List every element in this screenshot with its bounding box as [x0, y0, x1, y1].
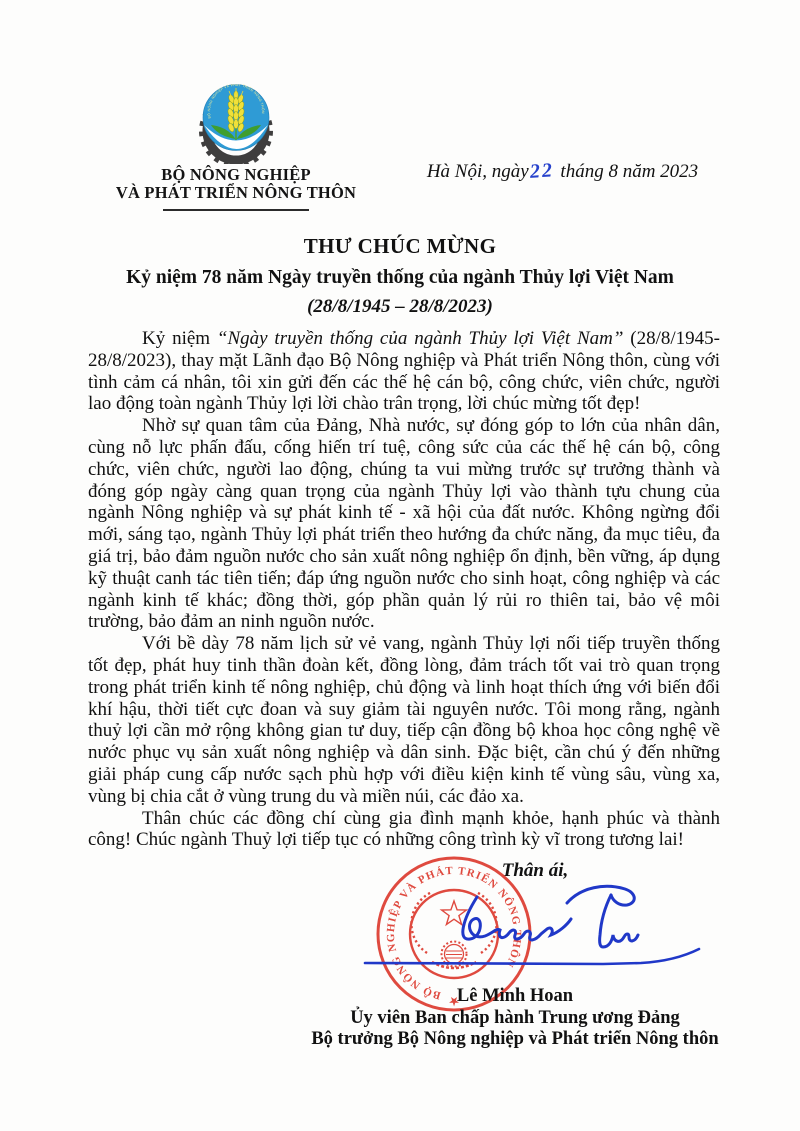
date-prefix: Hà Nội, ngày: [427, 161, 529, 182]
letter-body: Kỷ niệm “Ngày truyền thống của ngành Thủ…: [88, 328, 720, 851]
signer-block: Lê Minh Hoan Ủy viên Ban chấp hành Trung…: [215, 986, 800, 1051]
paragraph-1: Kỷ niệm “Ngày truyền thống của ngành Thủ…: [88, 328, 720, 415]
handwritten-signature-icon: [353, 873, 705, 975]
paragraph-1-quote: “Ngày truyền thống của ngành Thủy lợi Vi…: [217, 328, 624, 349]
signer-title-1: Ủy viên Ban chấp hành Trung ương Đảng: [215, 1008, 800, 1030]
ministry-header-block: BỘ NÔNG NGHIỆP VÀ PHÁT TRIỂN NÔNG THÔN: [98, 84, 374, 211]
signer-name: Lê Minh Hoan: [215, 986, 800, 1008]
date-line: Hà Nội, ngày22 tháng 8 năm 2023: [425, 160, 700, 183]
org-name-line1: BỘ NÔNG NGHIỆP: [98, 166, 374, 184]
paragraph-1-lead: Kỷ niệm: [142, 328, 217, 349]
date-day-handwritten: 22: [529, 159, 555, 184]
org-name-underline: [163, 209, 309, 211]
letter-title: THƯ CHÚC MỪNG: [0, 234, 800, 259]
letter-date-range: (28/8/1945 – 28/8/2023): [0, 296, 800, 318]
paragraph-4: Thân chúc các đồng chí cùng gia đình mạn…: [88, 808, 720, 852]
title-block: THƯ CHÚC MỪNG Kỷ niệm 78 năm Ngày truyền…: [0, 234, 800, 318]
org-name-line2: VÀ PHÁT TRIỂN NÔNG THÔN: [98, 184, 374, 202]
letter-subtitle: Kỷ niệm 78 năm Ngày truyền thống của ngà…: [0, 267, 800, 289]
date-suffix: tháng 8 năm 2023: [560, 161, 698, 182]
paragraph-2: Nhờ sự quan tâm của Đảng, Nhà nước, sự đ…: [88, 415, 720, 633]
signer-title-2: Bộ trưởng Bộ Nông nghiệp và Phát triển N…: [215, 1029, 800, 1051]
ministry-logo-icon: BỘ NÔNG NGHIỆP VÀ PHÁT TRIỂN NÔNG THÔN: [190, 84, 282, 164]
paragraph-3: Với bề dày 78 năm lịch sử vẻ vang, ngành…: [88, 633, 720, 807]
letter-page: BỘ NÔNG NGHIỆP VÀ PHÁT TRIỂN NÔNG THÔN: [0, 0, 800, 1131]
